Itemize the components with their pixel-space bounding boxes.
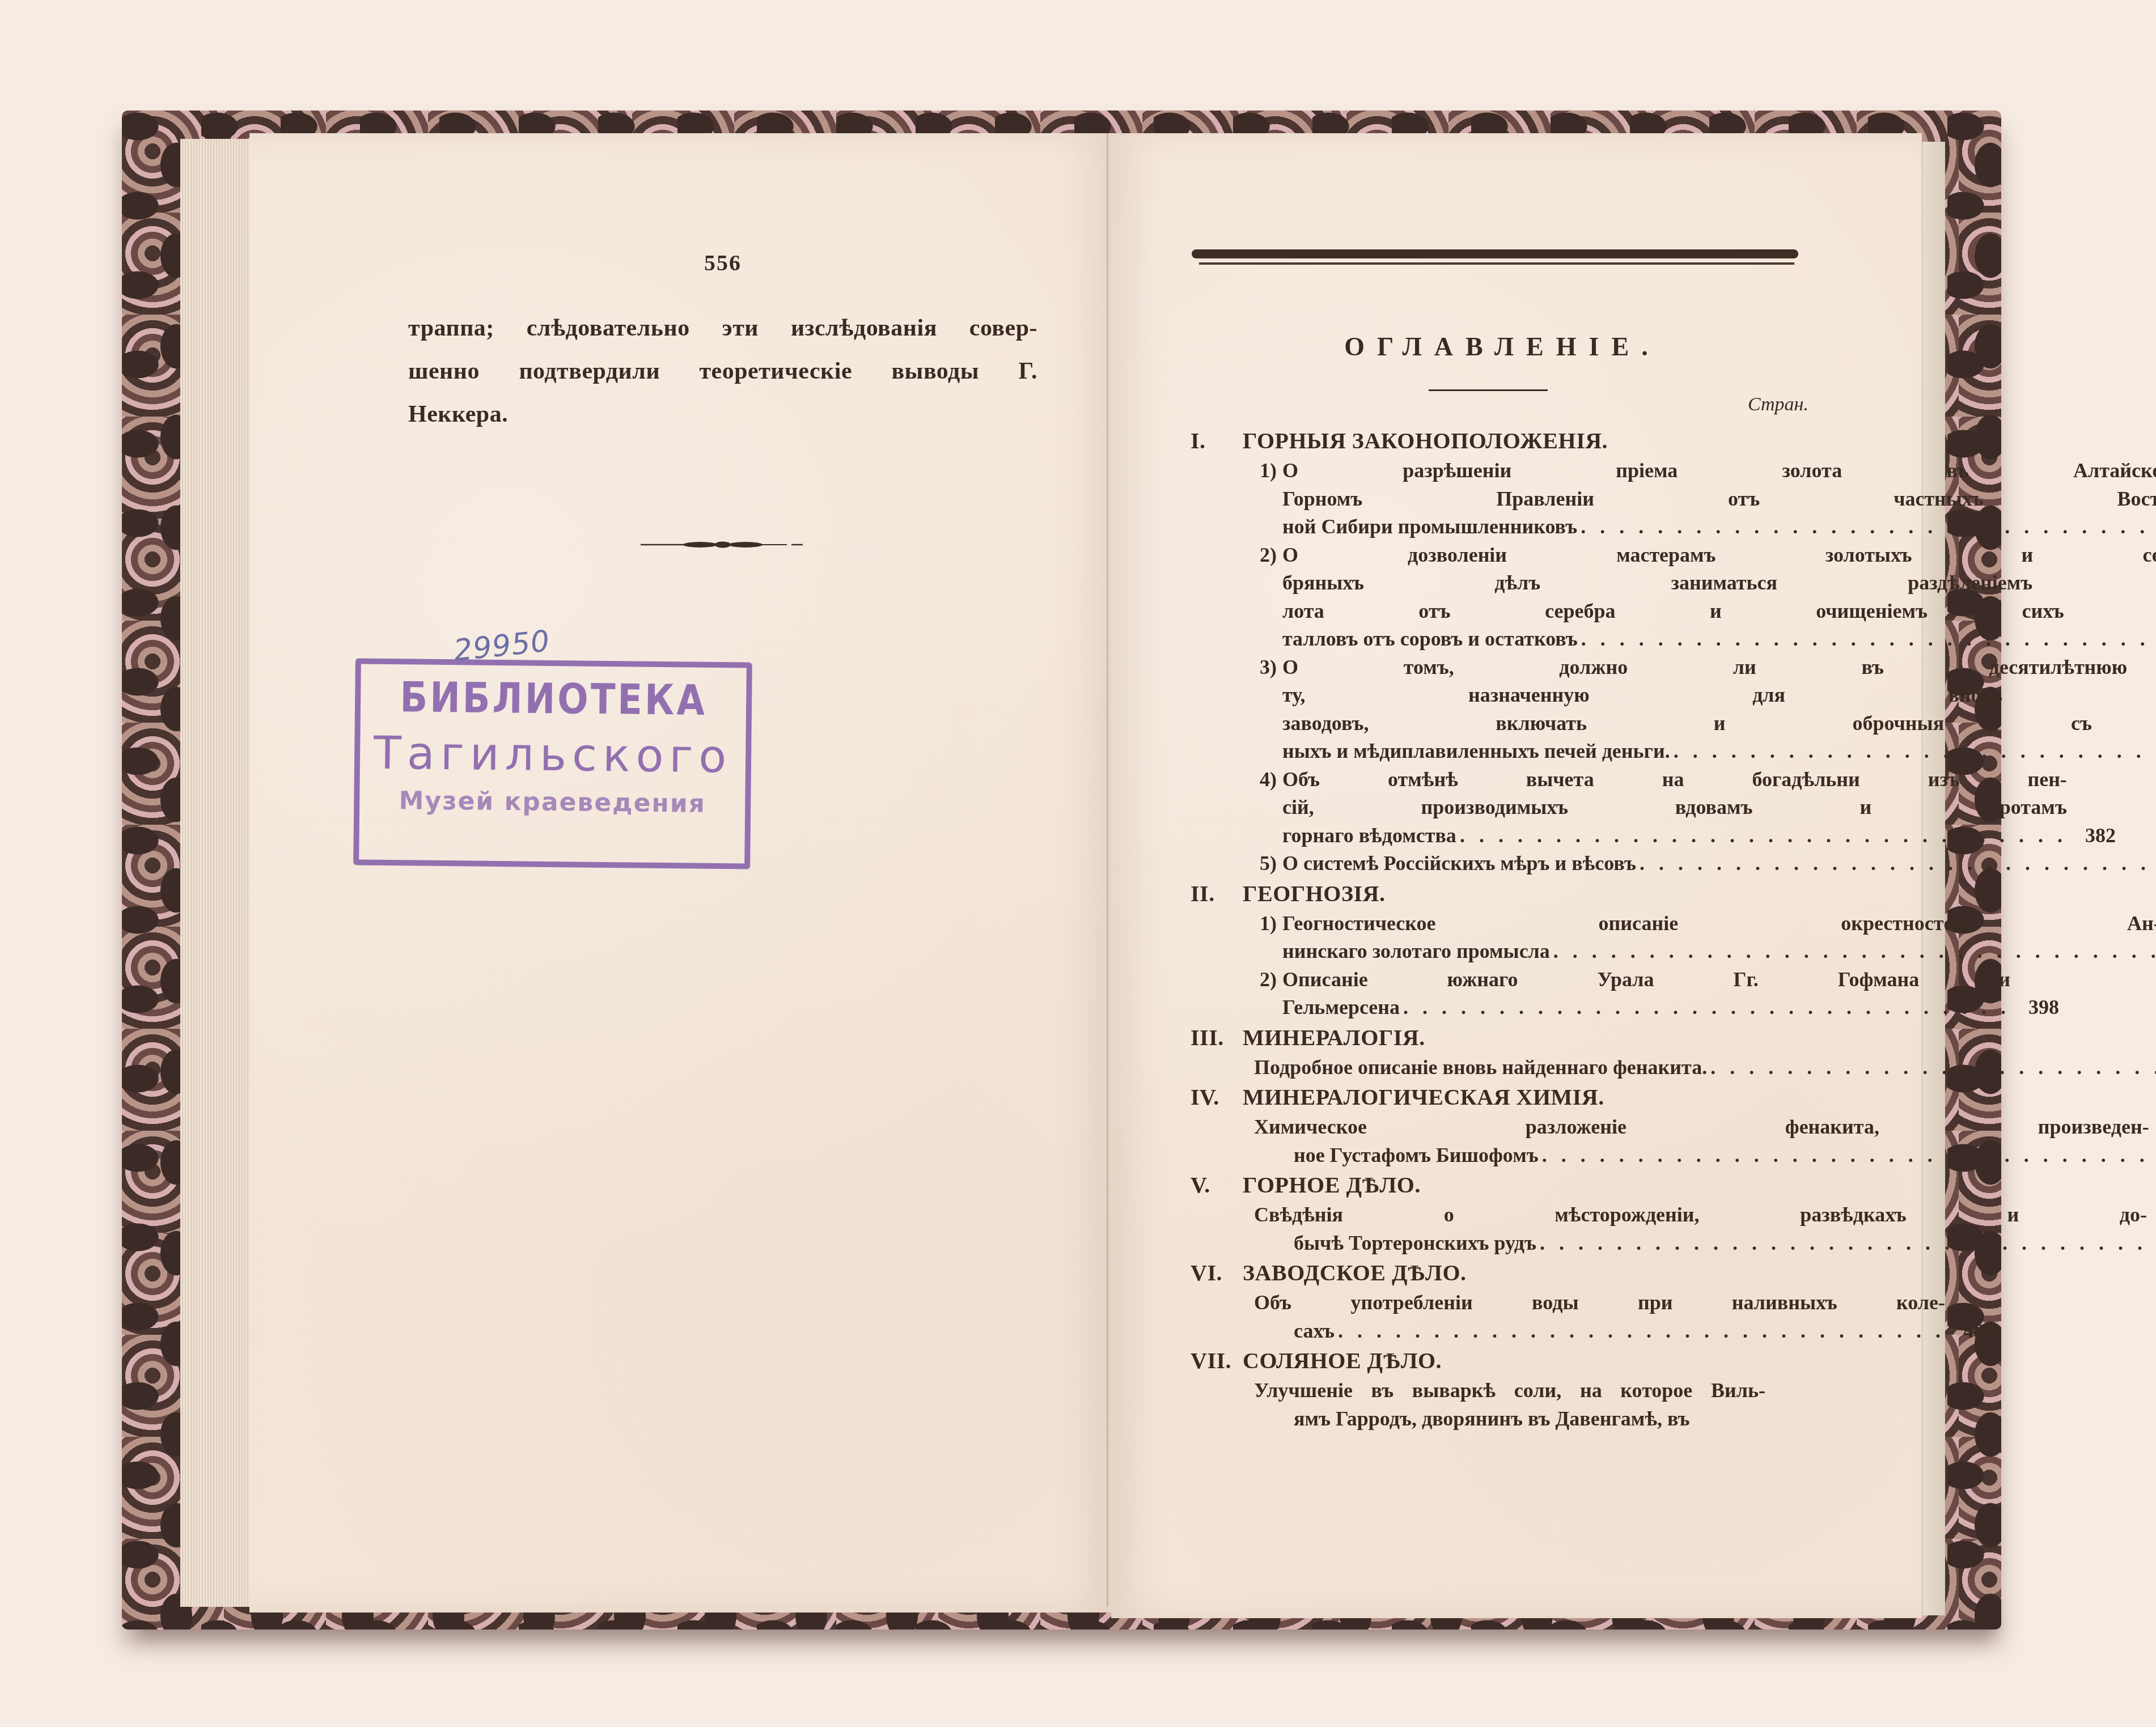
divider-ornament-icon [641, 541, 805, 548]
stamp-line-library: БИБЛИОТЕКА [361, 673, 747, 725]
toc-entry[interactable]: Объ употребленіи воды при наливныхъ коле… [1191, 1289, 1814, 1345]
entry-last-line: Подробное описаніе вновь найденнаго фена… [1254, 1054, 2156, 1082]
toc-entry[interactable]: 5)О системѣ Россійскихъ мѣръ и вѣсовъ. .… [1191, 850, 1814, 878]
page-block-edge-left [180, 139, 252, 1607]
dot-leader: . . . . . . . . . . . . . . . . . . . . … [1542, 1142, 2149, 1170]
toc-entry[interactable]: 2)Описаніе южнаго Урала Гг. Гофмана иГел… [1191, 966, 1814, 1022]
entry-text-line: лота отъ серебра и очищеніемъ сихъ ме- [1282, 597, 2156, 626]
entry-body: Подробное описаніе вновь найденнаго фена… [1254, 1054, 2156, 1082]
table-of-contents: I.ГОРНЫЯ ЗАКОНОПОЛОЖЕНІЯ.1)О разрѣшеніи … [1191, 425, 1814, 1433]
entry-page-number: 398 [2014, 994, 2059, 1022]
toc-section: IV.МИНЕРАЛОГИЧЕСКАЯ ХИМІЯ.Химическое раз… [1191, 1081, 1814, 1169]
section-heading: VII.СОЛЯНОЕ ДѢЛО. [1191, 1345, 1814, 1377]
section-title: МИНЕРАЛОГИЧЕСКАЯ ХИМІЯ. [1243, 1081, 1604, 1113]
book-gutter [1107, 133, 1108, 1607]
section-numeral: V. [1191, 1169, 1243, 1201]
entry-text: О системѣ Россійскихъ мѣръ и вѣсовъ [1282, 850, 1636, 878]
entry-body: Свѣдѣнія о мѣсторожденіи, развѣдкахъ и д… [1254, 1201, 2156, 1257]
header-rule-thin [1199, 262, 1794, 265]
toc-section: II.ГЕОГНОЗІЯ.1)Геогностическое описаніе … [1191, 878, 1814, 1022]
entry-body: О дозволеніи мастерамъ золотыхъ и сере-б… [1282, 541, 2156, 654]
entry-last-line: ное Густафомъ Бишофомъ. . . . . . . . . … [1254, 1142, 2156, 1170]
entry-page-number: 382 [2070, 822, 2116, 850]
entry-text-line: бряныхъ дѣлъ заниматься раздѣленіемъ зо- [1282, 569, 2156, 597]
entry-last-line: нинскаго золотаго промысла. . . . . . . … [1282, 937, 2156, 966]
entry-text-line: Улучшеніе въ вываркѣ соли, на которое Ви… [1254, 1377, 1814, 1405]
entry-text-line: Объ отмѣнѣ вычета на богадѣльни изъ пен- [1282, 766, 2116, 794]
section-numeral: IV. [1191, 1081, 1243, 1113]
entry-number: 3) [1236, 654, 1282, 766]
entry-number: 1) [1236, 457, 1282, 541]
toc-section: V.ГОРНОЕ ДѢЛО.Свѣдѣнія о мѣсторожденіи, … [1191, 1169, 1814, 1257]
entry-body: Улучшеніе въ вываркѣ соли, на которое Ви… [1254, 1377, 1814, 1433]
entry-text-line: Геогностическое описаніе окрестностей Ан… [1282, 910, 2156, 938]
toc-entry[interactable]: Улучшеніе въ вываркѣ соли, на которое Ви… [1191, 1377, 1814, 1433]
entry-text-line: Горномъ Правленіи отъ частныхъ Восточ- [1282, 485, 2156, 514]
toc-section: III.МИНЕРАЛОГІЯ.Подробное описаніе вновь… [1191, 1022, 1814, 1082]
entry-body: Описаніе южнаго Урала Гг. Гофмана иГельм… [1282, 966, 2059, 1022]
section-numeral: III. [1191, 1022, 1243, 1054]
section-title: МИНЕРАЛОГІЯ. [1243, 1022, 1425, 1054]
entry-body: Химическое разложеніе фенакита, произвед… [1254, 1113, 2156, 1169]
dot-leader: . . . . . . . . . . . . . . . . . . . . … [1338, 1317, 1945, 1346]
dot-leader: . . . . . . . . . . . . . . . . . . . . … [1540, 1229, 2147, 1258]
entry-last-line: талловъ отъ соровъ и остатковъ. . . . . … [1282, 625, 2156, 654]
entry-last-line: сахъ. . . . . . . . . . . . . . . . . . … [1254, 1317, 1994, 1346]
entry-text: нинскаго золотаго промысла [1282, 937, 1550, 966]
section-heading: V.ГОРНОЕ ДѢЛО. [1191, 1169, 1814, 1201]
entry-number: 2) [1236, 541, 1282, 654]
section-numeral: VI. [1191, 1257, 1243, 1289]
entry-body: Объ употребленіи воды при наливныхъ коле… [1254, 1289, 1994, 1345]
toc-entry[interactable]: 2)О дозволеніи мастерамъ золотыхъ и сере… [1191, 541, 1814, 654]
entry-body: Геогностическое описаніе окрестностей Ан… [1282, 910, 2156, 966]
body-line: шенно подтвердили теоретическіе выводы Г… [408, 350, 1037, 393]
entry-text: Подробное описаніе вновь найденнаго фена… [1254, 1054, 1707, 1082]
entry-text-line: О дозволеніи мастерамъ золотыхъ и сере- [1282, 541, 2156, 570]
section-heading: VI.ЗАВОДСКОЕ ДѢЛО. [1191, 1257, 1814, 1289]
dot-leader: . . . . . . . . . . . . . . . . . . . . … [1581, 625, 2156, 654]
section-numeral: VII. [1191, 1345, 1243, 1377]
entry-text: ямъ Гарродъ, дворянинъ въ Давенгамѣ, въ [1254, 1405, 1690, 1433]
entry-text: талловъ отъ соровъ и остатковъ [1282, 625, 1578, 654]
title-underline [1429, 389, 1548, 391]
entry-text-line: ту, назначенную для вновь строющихся [1282, 681, 2156, 710]
toc-entry[interactable]: 3)О томъ, должно ли въ десятилѣтнюю льго… [1191, 654, 1814, 766]
dot-leader: . . . . . . . . . . . . . . . . . . . . … [1581, 513, 2156, 541]
entry-text: ныхъ и мѣдиплавиленныхъ печей деньги. [1282, 737, 1670, 766]
body-line: Неккера. [408, 393, 1037, 436]
entry-text-line: заводовъ, включать и оброчныя съ домен- [1282, 710, 2156, 738]
section-heading: II.ГЕОГНОЗІЯ. [1191, 878, 1814, 910]
entry-body: О системѣ Россійскихъ мѣръ и вѣсовъ. . .… [1282, 850, 2156, 878]
toc-title: ОГЛАВЛЕНІЕ. [1219, 332, 1786, 362]
page-block-edge-right [1922, 142, 1945, 1615]
section-numeral: I. [1191, 425, 1243, 457]
body-text: траппа; слѣдовательно эти изслѣдованія с… [408, 307, 1037, 436]
entry-text-line: Свѣдѣнія о мѣсторожденіи, развѣдкахъ и д… [1254, 1201, 2156, 1229]
toc-section: VI.ЗАВОДСКОЕ ДѢЛО.Объ употребленіи воды … [1191, 1257, 1814, 1345]
section-title: ГОРНЫЯ ЗАКОНОПОЛОЖЕНІЯ. [1243, 425, 1608, 457]
entry-last-line: ной Сибири промышленниковъ. . . . . . . … [1282, 513, 2156, 541]
body-line: траппа; слѣдовательно эти изслѣдованія с… [408, 307, 1037, 350]
entry-text-line: О разрѣшеніи пріема золота въ Алтайскомъ [1282, 457, 2156, 485]
section-title: СОЛЯНОЕ ДѢЛО. [1243, 1345, 1442, 1377]
entry-text-line: О томъ, должно ли въ десятилѣтнюю льго- [1282, 654, 2156, 682]
dot-leader: . . . . . . . . . . . . . . . . . . . . … [1460, 822, 2067, 850]
entry-number: 2) [1236, 966, 1282, 1022]
toc-entry[interactable]: Химическое разложеніе фенакита, произвед… [1191, 1113, 1814, 1169]
entry-text: бычѣ Тортеронскихъ рудъ [1254, 1229, 1536, 1258]
section-heading: III.МИНЕРАЛОГІЯ. [1191, 1022, 1814, 1054]
entry-last-line: О системѣ Россійскихъ мѣръ и вѣсовъ. . .… [1282, 850, 2156, 878]
left-page-content: 556 траппа; слѣдовательно эти изслѣдован… [408, 249, 1037, 436]
entry-last-line: бычѣ Тортеронскихъ рудъ. . . . . . . . .… [1254, 1229, 2156, 1258]
entry-last-line: горнаго вѣдомства. . . . . . . . . . . .… [1282, 822, 2116, 850]
dot-leader: . . . . . . . . . . . . . . . . . . . . … [1553, 937, 2156, 966]
entry-body: О разрѣшеніи пріема золота въ Алтайскомъ… [1282, 457, 2156, 541]
entry-page-number: 488 [1949, 1317, 1994, 1346]
section-title: ГЕОГНОЗІЯ. [1243, 878, 1385, 910]
toc-section: I.ГОРНЫЯ ЗАКОНОПОЛОЖЕНІЯ.1)О разрѣшеніи … [1191, 425, 1814, 878]
entry-number: 4) [1236, 766, 1282, 850]
entry-last-line: Гельмерсена. . . . . . . . . . . . . . .… [1282, 994, 2059, 1022]
entry-text: сахъ [1254, 1317, 1335, 1346]
toc-section: VII.СОЛЯНОЕ ДѢЛО.Улучшеніе въ вываркѣ со… [1191, 1345, 1814, 1433]
entry-body: О томъ, должно ли въ десятилѣтнюю льго-т… [1282, 654, 2156, 766]
dot-leader: . . . . . . . . . . . . . . . . . . . . … [1674, 737, 2156, 766]
section-numeral: II. [1191, 878, 1243, 910]
entry-body: Объ отмѣнѣ вычета на богадѣльни изъ пен-… [1282, 766, 2116, 850]
entry-text-line: сій, производимыхъ вдовамъ и сиротамъ [1282, 794, 2116, 822]
section-title: ЗАВОДСКОЕ ДѢЛО. [1243, 1257, 1467, 1289]
section-title: ГОРНОЕ ДѢЛО. [1243, 1169, 1421, 1201]
section-heading: IV.МИНЕРАЛОГИЧЕСКАЯ ХИМІЯ. [1191, 1081, 1814, 1113]
entry-number: 5) [1236, 850, 1282, 878]
dot-leader: . . . . . . . . . . . . . . . . . . . . … [1403, 994, 2010, 1022]
stamp-line-museum: Музей краеведения [359, 786, 745, 818]
entry-last-line: ямъ Гарродъ, дворянинъ въ Давенгамѣ, въ [1254, 1405, 1814, 1433]
page-number: 556 [408, 249, 1037, 276]
entry-page-number: 473 [2153, 1142, 2156, 1170]
toc-entry[interactable]: Подробное описаніе вновь найденнаго фена… [1191, 1054, 1814, 1082]
entry-text-line: Химическое разложеніе фенакита, произвед… [1254, 1113, 2156, 1142]
entry-last-line: ныхъ и мѣдиплавиленныхъ печей деньги.. .… [1282, 737, 2156, 766]
library-stamp: БИБЛИОТЕКА Тагильского Музей краеведения [353, 658, 752, 869]
entry-page-number: 478 [2150, 1229, 2156, 1258]
entry-text: ное Густафомъ Бишофомъ [1254, 1142, 1539, 1170]
entry-text-line: Объ употребленіи воды при наливныхъ коле… [1254, 1289, 1994, 1317]
entry-text: горнаго вѣдомства [1282, 822, 1456, 850]
page-column-label: Стран. [1723, 394, 1808, 415]
toc-entry[interactable]: Свѣдѣнія о мѣсторожденіи, развѣдкахъ и д… [1191, 1201, 1814, 1257]
entry-text-line: Описаніе южнаго Урала Гг. Гофмана и [1282, 966, 2059, 994]
header-rule-thick [1192, 249, 1798, 258]
entry-number: 1) [1236, 910, 1282, 966]
toc-entry[interactable]: 4)Объ отмѣнѣ вычета на богадѣльни изъ пе… [1191, 766, 1814, 850]
section-heading: I.ГОРНЫЯ ЗАКОНОПОЛОЖЕНІЯ. [1191, 425, 1814, 457]
entry-text: ной Сибири промышленниковъ [1282, 513, 1577, 541]
dot-leader: . . . . . . . . . . . . . . . . . . . . … [1710, 1054, 2156, 1082]
stamp-line-tagil: Тагильского [360, 726, 746, 783]
dot-leader: . . . . . . . . . . . . . . . . . . . . … [1640, 850, 2156, 878]
entry-text: Гельмерсена [1282, 994, 1400, 1022]
toc-entry[interactable]: 1)Геогностическое описаніе окрестностей … [1191, 910, 1814, 966]
toc-entry[interactable]: 1)О разрѣшеніи пріема золота въ Алтайско… [1191, 457, 1814, 541]
